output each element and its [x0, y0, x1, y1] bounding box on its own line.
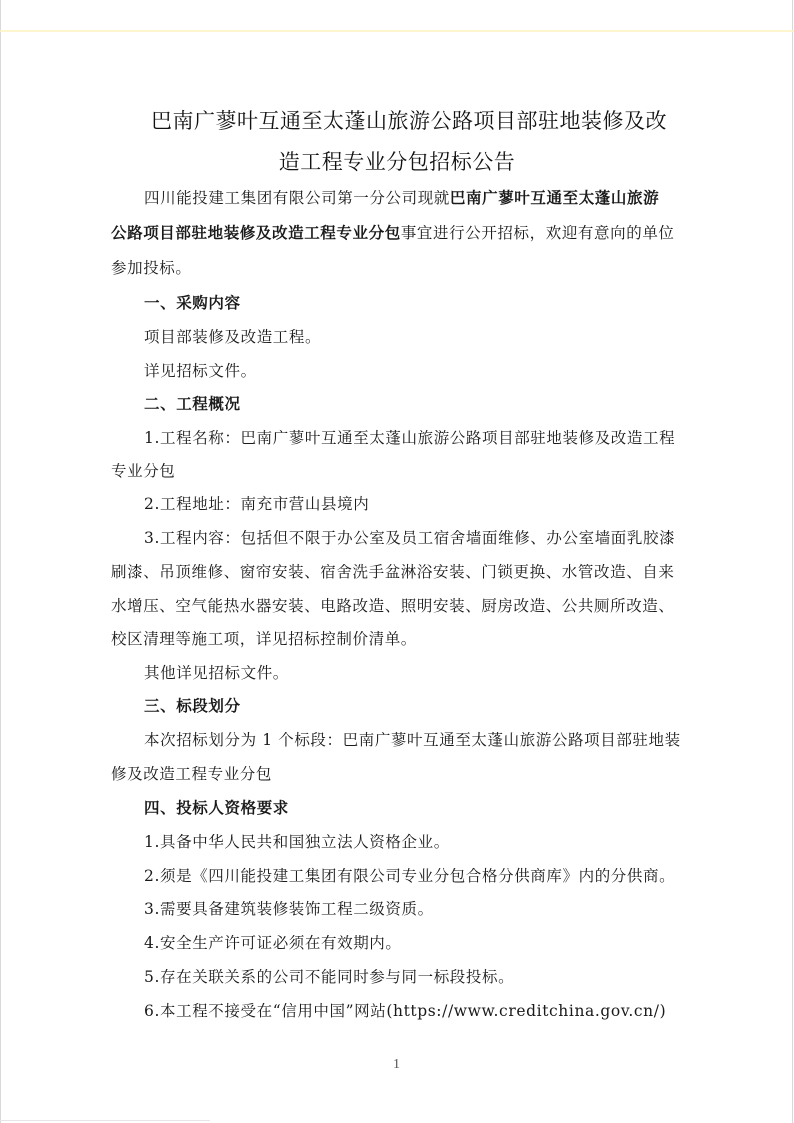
intro-text: 事宜进行公开招标，欢迎有意向的单位 — [401, 224, 675, 242]
document-title-line-2: 造工程专业分包招标公告 — [0, 146, 794, 176]
section-heading-overview: 二、工程概况 — [144, 392, 241, 414]
section-line: 本次招标划分为 1 个标段：巴南广蓼叶互通至太蓬山旅游公路项目部驻地装 — [144, 728, 681, 750]
section-line: 6.本工程不接受在“信用中国”网站(https://www.creditchin… — [144, 999, 666, 1021]
section-line: 刷漆、吊顶维修、窗帘安装、宿舍洗手盆淋浴安装、门锁更换、水管改造、自来 — [111, 560, 675, 582]
section-line: 项目部装修及改造工程。 — [144, 325, 321, 347]
intro-line-2: 公路项目部驻地装修及改造工程专业分包事宜进行公开招标，欢迎有意向的单位 — [111, 221, 675, 243]
section-line: 校区清理等施工项，详见招标控制价清单。 — [111, 627, 417, 649]
section-heading-qualifications: 四、投标人资格要求 — [144, 796, 289, 818]
section-line: 1.工程名称：巴南广蓼叶互通至太蓬山旅游公路项目部驻地装修及改造工程 — [144, 426, 675, 448]
section-line: 1.具备中华人民共和国独立法人资格企业。 — [144, 830, 450, 852]
document-page: 巴南广蓼叶互通至太蓬山旅游公路项目部驻地装修及改 造工程专业分包招标公告 四川能… — [0, 0, 794, 1123]
section-line: 专业分包 — [111, 459, 175, 481]
section-heading-procurement: 一、采购内容 — [144, 291, 241, 313]
section-line: 3.需要具备建筑装修装饰工程二级资质。 — [144, 897, 434, 919]
intro-line-1: 四川能投建工集团有限公司第一分公司现就巴南广蓼叶互通至太蓬山旅游 — [144, 186, 659, 208]
page-number: 1 — [393, 1057, 400, 1073]
scan-artifact-bottom — [0, 1120, 210, 1121]
intro-text: 四川能投建工集团有限公司第一分公司现就 — [144, 189, 450, 207]
intro-line-3: 参加投标。 — [111, 256, 192, 278]
section-line: 修及改造工程专业分包 — [111, 762, 272, 784]
section-line: 详见招标文件。 — [144, 359, 257, 381]
section-line: 3.工程内容：包括但不限于办公室及员工宿舍墙面维修、办公室墙面乳胶漆 — [144, 526, 675, 548]
section-line: 水增压、空气能热水器安装、电路改造、照明安装、厨房改造、公共厕所改造、 — [111, 594, 675, 616]
scan-artifact-line — [0, 30, 794, 32]
section-line: 2.工程地址：南充市营山县境内 — [144, 492, 369, 514]
section-line: 4.安全生产许可证必须在有效期内。 — [144, 931, 402, 953]
section-line: 5.存在关联关系的公司不能同时参与同一标段投标。 — [144, 965, 514, 987]
section-line: 其他详见招标文件。 — [144, 661, 289, 683]
section-line: 2.须是《四川能投建工集团有限公司专业分包合格分供商库》内的分供商。 — [144, 864, 675, 886]
document-title-line-1: 巴南广蓼叶互通至太蓬山旅游公路项目部驻地装修及改 — [12, 105, 794, 135]
project-name-bold: 公路项目部驻地装修及改造工程专业分包 — [111, 224, 401, 242]
section-heading-lots: 三、标段划分 — [144, 694, 241, 716]
project-name-bold: 巴南广蓼叶互通至太蓬山旅游 — [450, 189, 659, 207]
